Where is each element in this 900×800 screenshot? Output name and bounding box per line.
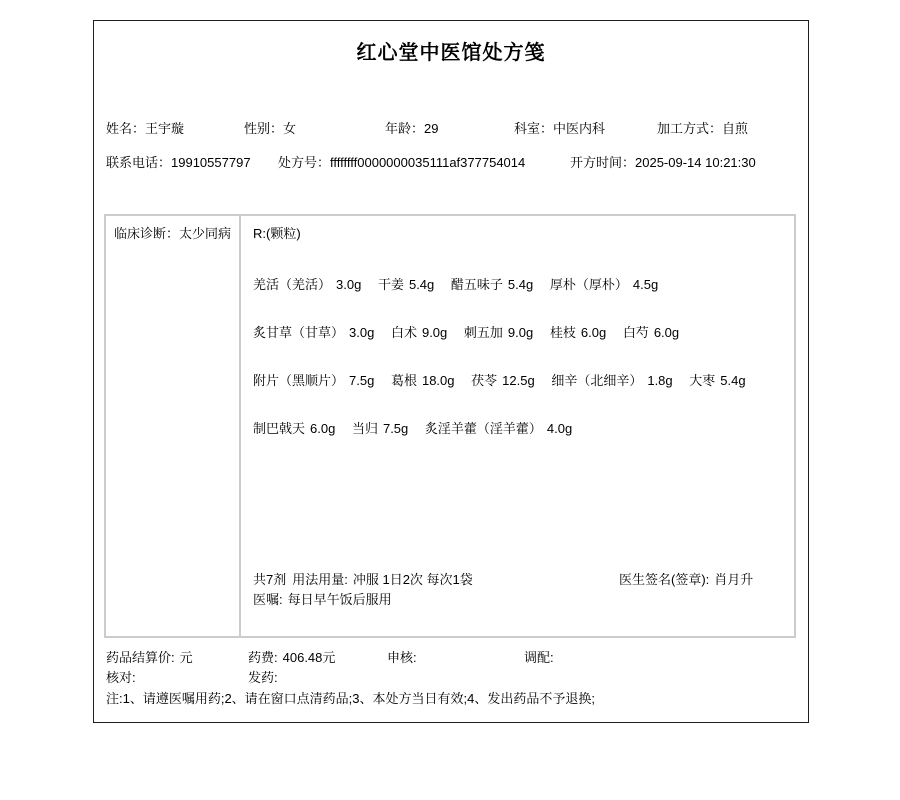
- medicine-fee-value: 406.48元: [283, 650, 336, 665]
- herb-name: 干姜: [378, 277, 404, 292]
- herb-name: 炙甘草（甘草）: [253, 325, 344, 340]
- patient-phone-value: 19910557797: [171, 155, 251, 170]
- patient-name-field: 姓名：王宇璇: [106, 121, 184, 136]
- herb-name: 厚朴（厚朴）: [550, 277, 628, 292]
- herb-dose: 7.5g: [383, 421, 408, 436]
- herb-entry: 大枣5.4g: [689, 373, 745, 388]
- herb-name: 细辛（北细辛）: [551, 373, 642, 388]
- patient-department-label: 科室：: [514, 121, 553, 136]
- advice-line: 医嘱:每日早午饭后服用: [253, 592, 392, 607]
- herb-dose: 5.4g: [508, 277, 533, 292]
- prescription-box: 临床诊断：太少同病 R:(颗粒) 羌活（羌活）3.0g 干姜5.4g 醋五味子5…: [104, 214, 796, 638]
- herb-entry: 厚朴（厚朴）4.5g: [550, 277, 658, 292]
- prescription-number-value: ffffffff0000000035111af377754014: [330, 155, 525, 170]
- usage-label: 用法用量:: [292, 572, 348, 587]
- herb-dose: 1.8g: [647, 373, 672, 388]
- herb-entry: 干姜5.4g: [378, 277, 434, 292]
- herb-name: 制巴戟天: [253, 421, 305, 436]
- herb-dose: 18.0g: [422, 373, 455, 388]
- rp-header: R:(颗粒): [253, 226, 301, 241]
- herb-name: 茯苓: [471, 373, 497, 388]
- herb-entry: 炙甘草（甘草）3.0g: [253, 325, 374, 340]
- compound-label: 调配:: [524, 650, 554, 665]
- processing-method-field: 加工方式：自煎: [657, 121, 748, 136]
- compound-field: 调配:: [524, 650, 554, 665]
- patient-phone-field: 联系电话：19910557797: [106, 155, 251, 170]
- herb-name: 醋五味子: [451, 277, 503, 292]
- herb-name: 大枣: [689, 373, 715, 388]
- herb-name: 刺五加: [464, 325, 503, 340]
- patient-gender-value: 女: [283, 121, 296, 136]
- usage-value: 冲服 1日2次 每次1袋: [353, 572, 473, 587]
- review-label: 申核:: [387, 650, 417, 665]
- herb-name: 白术: [391, 325, 417, 340]
- herb-name: 白芍: [623, 325, 649, 340]
- medicine-line: 制巴戟天6.0g 当归7.5g 炙淫羊藿（淫羊藿）4.0g: [253, 421, 585, 436]
- herb-dose: 9.0g: [508, 325, 533, 340]
- review-field: 申核:: [387, 650, 417, 665]
- herb-entry: 醋五味子5.4g: [451, 277, 533, 292]
- herb-entry: 当归7.5g: [352, 421, 408, 436]
- medicine-column: R:(颗粒) 羌活（羌活）3.0g 干姜5.4g 醋五味子5.4g 厚朴（厚朴）…: [241, 216, 794, 636]
- herb-entry: 茯苓12.5g: [471, 373, 535, 388]
- herb-dose: 6.0g: [310, 421, 335, 436]
- herb-dose: 5.4g: [409, 277, 434, 292]
- advice-value: 每日早午饭后服用: [288, 592, 392, 607]
- advice-label: 医嘱:: [253, 592, 283, 607]
- processing-method-value: 自煎: [722, 121, 748, 136]
- prescription-number-label: 处方号：: [278, 155, 330, 170]
- prescription-time-field: 开方时间：2025-09-14 10:21:30: [570, 155, 756, 170]
- herb-entry: 羌活（羌活）3.0g: [253, 277, 361, 292]
- herb-dose: 4.0g: [547, 421, 572, 436]
- herb-entry: 刺五加9.0g: [464, 325, 533, 340]
- settlement-price-label: 药品结算价:: [106, 650, 175, 665]
- patient-age-value: 29: [424, 121, 438, 136]
- dispense-field: 发药:: [248, 670, 278, 685]
- diagnosis-value: 太少同病: [179, 226, 231, 241]
- settlement-price-field: 药品结算价:元: [106, 650, 193, 665]
- herb-dose: 3.0g: [336, 277, 361, 292]
- herb-entry: 细辛（北细辛）1.8g: [551, 373, 672, 388]
- check-label: 核对:: [106, 670, 136, 685]
- patient-name-label: 姓名：: [106, 121, 145, 136]
- herb-entry: 葛根18.0g: [391, 373, 455, 388]
- patient-name-value: 王宇璇: [145, 121, 184, 136]
- medicine-line: 附片（黑顺片）7.5g 葛根18.0g 茯苓12.5g 细辛（北细辛）1.8g …: [253, 373, 759, 388]
- patient-age-field: 年龄：29: [385, 121, 438, 136]
- settlement-price-unit: 元: [180, 650, 193, 665]
- herb-entry: 制巴戟天6.0g: [253, 421, 335, 436]
- prescription-time-value: 2025-09-14 10:21:30: [635, 155, 756, 170]
- patient-gender-label: 性别：: [244, 121, 283, 136]
- herb-name: 葛根: [391, 373, 417, 388]
- herb-entry: 桂枝6.0g: [550, 325, 606, 340]
- medicine-fee-field: 药费:406.48元: [248, 650, 335, 665]
- prescription-sheet: 红心堂中医馆处方笺 姓名：王宇璇 性别：女 年龄：29 科室：中医内科 加工方式…: [93, 20, 809, 723]
- doctor-signature-label: 医生签名(签章):: [619, 572, 709, 587]
- herb-entry: 附片（黑顺片）7.5g: [253, 373, 374, 388]
- patient-age-label: 年龄：: [385, 121, 424, 136]
- herb-dose: 6.0g: [654, 325, 679, 340]
- herb-dose: 6.0g: [581, 325, 606, 340]
- herb-entry: 白芍6.0g: [623, 325, 679, 340]
- herb-name: 羌活（羌活）: [253, 277, 331, 292]
- doctor-signature-field: 医生签名(签章):肖月升: [619, 572, 753, 587]
- herb-dose: 4.5g: [633, 277, 658, 292]
- herb-dose: 3.0g: [349, 325, 374, 340]
- herb-name: 桂枝: [550, 325, 576, 340]
- diagnosis-label: 临床诊断：: [114, 226, 179, 241]
- patient-department-value: 中医内科: [553, 121, 605, 136]
- patient-phone-label: 联系电话：: [106, 155, 171, 170]
- doctor-signature-value: 肖月升: [714, 572, 753, 587]
- herb-entry: 炙淫羊藿（淫羊藿）4.0g: [425, 421, 572, 436]
- dispense-label: 发药:: [248, 670, 278, 685]
- medicine-line: 羌活（羌活）3.0g 干姜5.4g 醋五味子5.4g 厚朴（厚朴）4.5g: [253, 277, 671, 292]
- herb-dose: 9.0g: [422, 325, 447, 340]
- herb-name: 炙淫羊藿（淫羊藿）: [425, 421, 542, 436]
- prescription-time-label: 开方时间：: [570, 155, 635, 170]
- patient-gender-field: 性别：女: [244, 121, 296, 136]
- patient-department-field: 科室：中医内科: [514, 121, 605, 136]
- total-doses: 共7剂: [253, 572, 286, 587]
- medicine-line: 炙甘草（甘草）3.0g 白术9.0g 刺五加9.0g 桂枝6.0g 白芍6.0g: [253, 325, 692, 340]
- footer-notes: 注:1、请遵医嘱用药;2、请在窗口点清药品;3、本处方当日有效;4、发出药品不予…: [106, 691, 595, 706]
- herb-dose: 5.4g: [720, 373, 745, 388]
- herb-entry: 白术9.0g: [391, 325, 447, 340]
- herb-name: 当归: [352, 421, 378, 436]
- diagnosis-column: 临床诊断：太少同病: [106, 216, 241, 636]
- usage-line: 共7剂用法用量:冲服 1日2次 每次1袋: [253, 572, 473, 587]
- check-field: 核对:: [106, 670, 136, 685]
- prescription-number-field: 处方号：ffffffff0000000035111af377754014: [278, 155, 525, 170]
- herb-dose: 12.5g: [502, 373, 535, 388]
- processing-method-label: 加工方式：: [657, 121, 722, 136]
- herb-dose: 7.5g: [349, 373, 374, 388]
- herb-name: 附片（黑顺片）: [253, 373, 344, 388]
- medicine-fee-label: 药费:: [248, 650, 278, 665]
- page-title: 红心堂中医馆处方笺: [94, 36, 808, 65]
